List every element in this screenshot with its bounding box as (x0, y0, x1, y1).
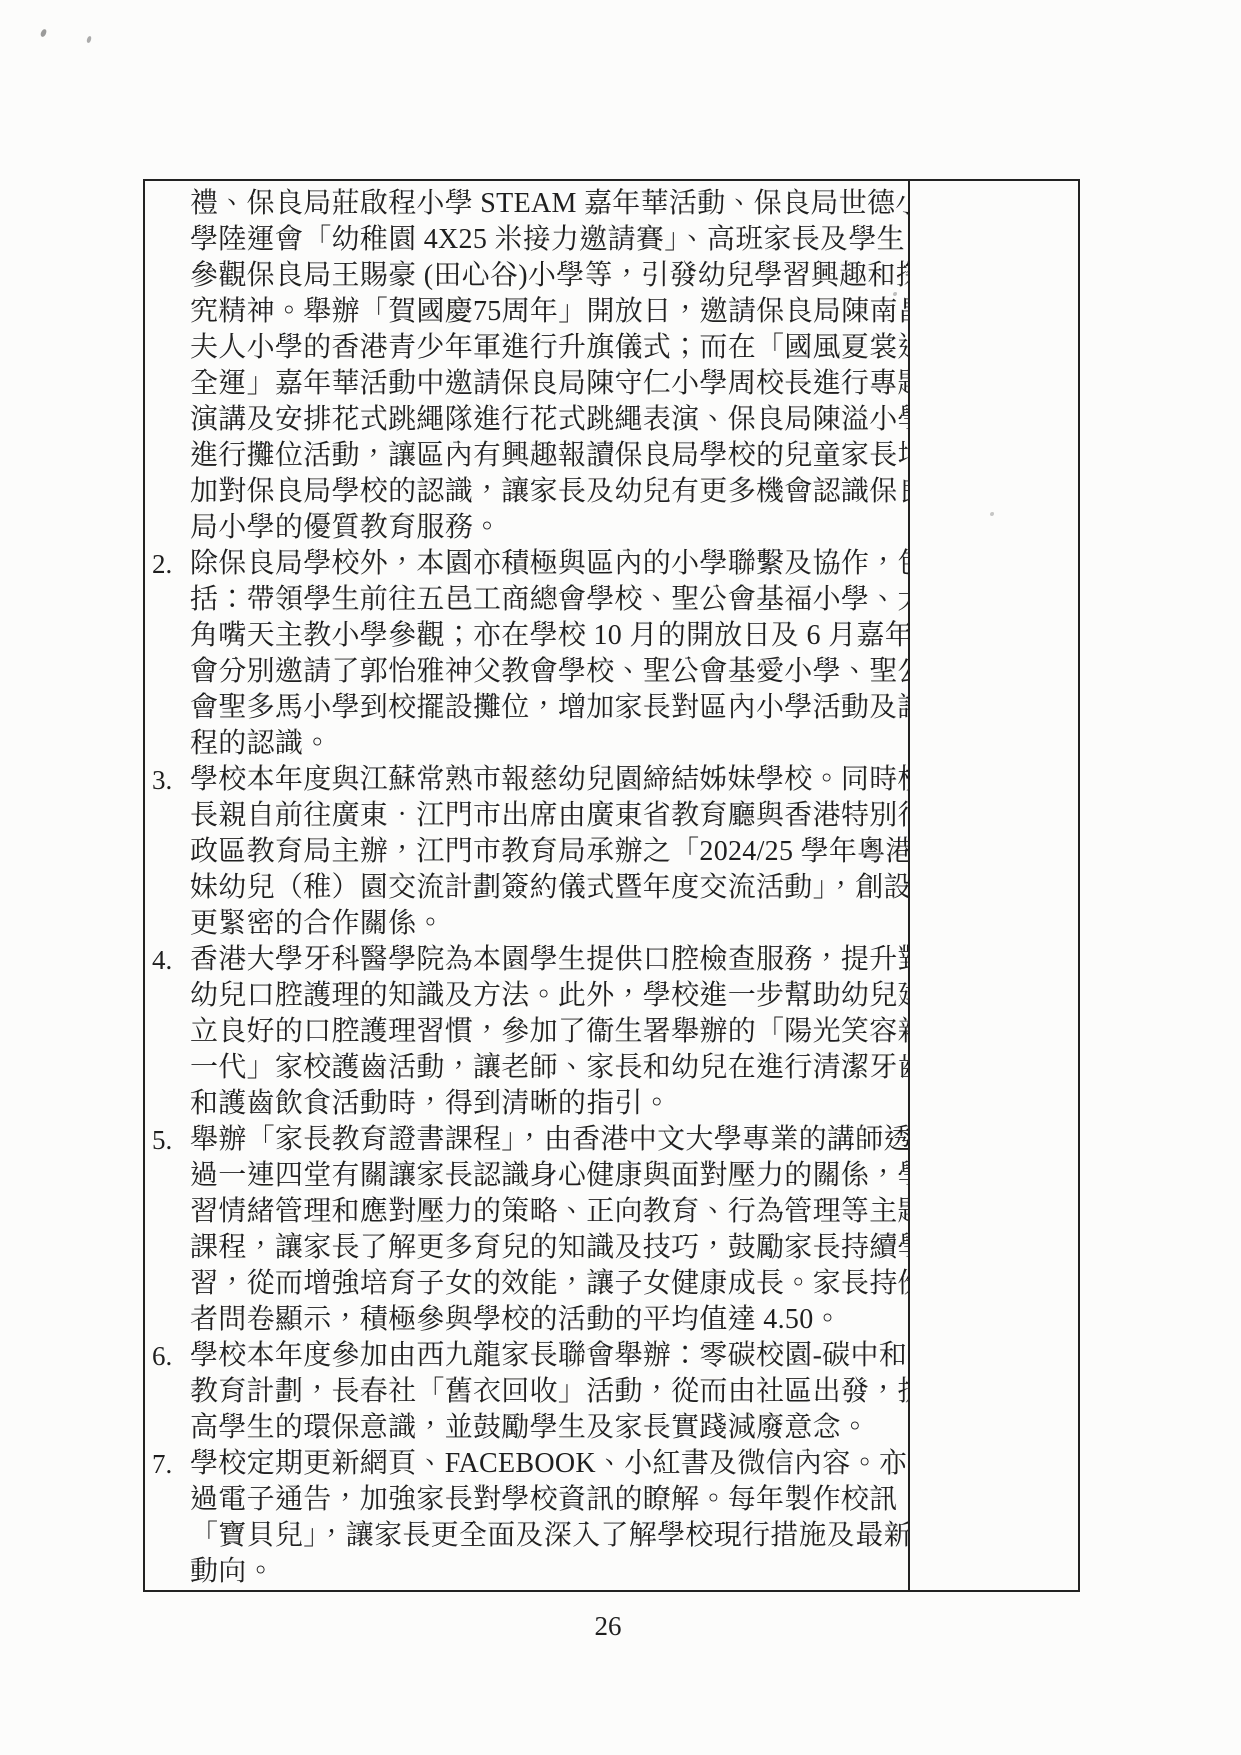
scan-speck (86, 36, 91, 44)
item-number: 2. (145, 546, 190, 582)
item-text: 禮、保良局莊啟程小學 STEAM 嘉年華活動、保良局世德小 學陸運會「幼稚園 4… (190, 186, 905, 546)
document-page: 禮、保良局莊啟程小學 STEAM 嘉年華活動、保良局世德小 學陸運會「幼稚園 4… (0, 0, 1241, 1755)
list-item: 3. 學校本年度與江蘇常熟市報慈幼兒園締結姊妹學校。同時校 長親自前往廣東‧江門… (145, 762, 908, 942)
item-number: 6. (145, 1338, 190, 1374)
list-item: 6. 學校本年度參加由西九龍家長聯會舉辦：零碳校園-碳中和 教育計劃，長春社「舊… (145, 1338, 908, 1446)
list-item: 2. 除保良局學校外，本園亦積極與區內的小學聯繫及協作，包 括：帶領學生前往五邑… (145, 546, 908, 762)
list-item: 禮、保良局莊啟程小學 STEAM 嘉年華活動、保良局世德小 學陸運會「幼稚園 4… (145, 186, 908, 546)
item-text: 香港大學牙科醫學院為本園學生提供口腔檢查服務，提升對 幼兒口腔護理的知識及方法。… (190, 942, 905, 1122)
item-text: 學校本年度與江蘇常熟市報慈幼兒園締結姊妹學校。同時校 長親自前往廣東‧江門市出席… (190, 762, 905, 942)
item-number: 7. (145, 1446, 190, 1482)
item-text: 舉辦「家長教育證書課程」，由香港中文大學專業的講師透 過一連四堂有關讓家長認識身… (190, 1122, 905, 1338)
content-cell: 禮、保良局莊啟程小學 STEAM 嘉年華活動、保良局世德小 學陸運會「幼稚園 4… (145, 181, 908, 1590)
item-text: 除保良局學校外，本園亦積極與區內的小學聯繫及協作，包 括：帶領學生前往五邑工商總… (190, 546, 905, 762)
item-number: 5. (145, 1122, 190, 1158)
item-text: 學校定期更新網頁、FACEBOOK、小紅書及微信內容。亦透 過電子通告，加強家長… (190, 1446, 905, 1590)
report-table: 禮、保良局莊啟程小學 STEAM 嘉年華活動、保良局世德小 學陸運會「幼稚園 4… (143, 179, 1080, 1592)
item-text: 學校本年度參加由西九龍家長聯會舉辦：零碳校園-碳中和 教育計劃，長春社「舊衣回收… (190, 1338, 905, 1446)
list-item: 5. 舉辦「家長教育證書課程」，由香港中文大學專業的講師透 過一連四堂有關讓家長… (145, 1122, 908, 1338)
items-list: 禮、保良局莊啟程小學 STEAM 嘉年華活動、保良局世德小 學陸運會「幼稚園 4… (145, 186, 908, 1590)
list-item: 4. 香港大學牙科醫學院為本園學生提供口腔檢查服務，提升對 幼兒口腔護理的知識及… (145, 942, 908, 1122)
page-number: 26 (558, 1610, 658, 1642)
item-number: 4. (145, 942, 190, 978)
list-item: 7. 學校定期更新網頁、FACEBOOK、小紅書及微信內容。亦透 過電子通告，加… (145, 1446, 908, 1590)
scan-speck (40, 28, 47, 37)
item-number: 3. (145, 762, 190, 798)
empty-remarks-cell (910, 181, 1078, 1590)
